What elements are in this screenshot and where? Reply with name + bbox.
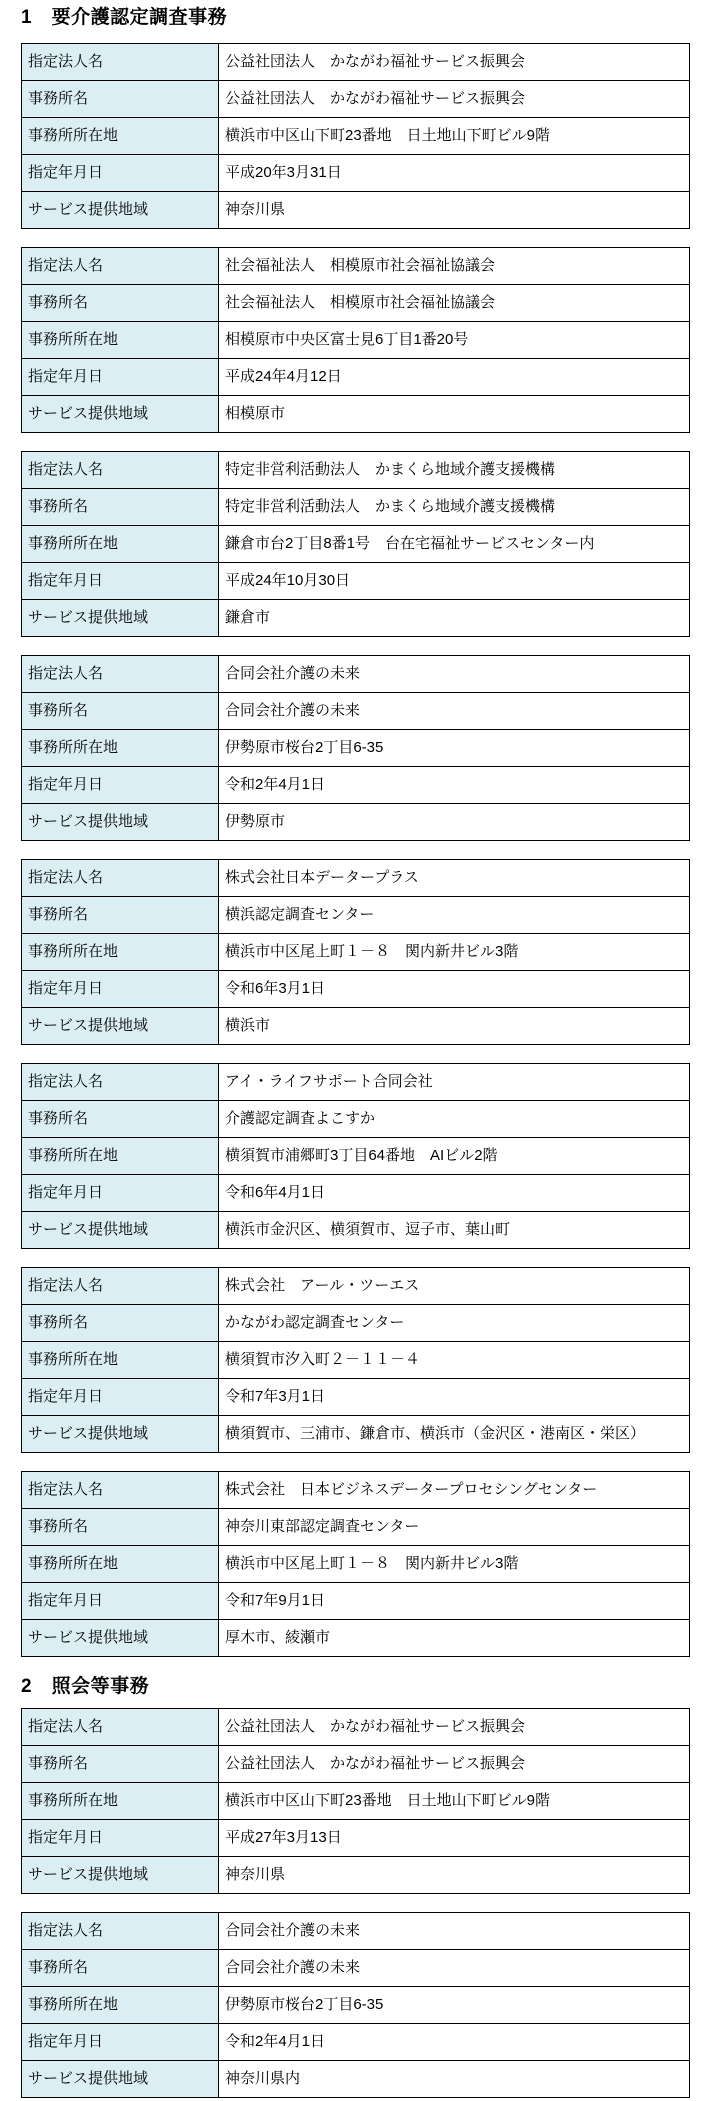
row-value: かながわ認定調査センター — [219, 1305, 690, 1342]
table-row: 指定法人名アイ・ライフサポート合同会社 — [22, 1064, 690, 1101]
table-row: サービス提供地域厚木市、綾瀬市 — [22, 1620, 690, 1657]
row-label: サービス提供地域 — [22, 1620, 219, 1657]
row-value: 公益社団法人 かながわ福祉サービス振興会 — [219, 1709, 690, 1746]
row-label: 事務所所在地 — [22, 730, 219, 767]
row-value: 横浜市中区山下町23番地 日土地山下町ビル9階 — [219, 118, 690, 155]
table-row: 事務所所在地鎌倉市台2丁目8番1号 台在宅福祉サービスセンター内 — [22, 526, 690, 563]
row-value: 公益社団法人 かながわ福祉サービス振興会 — [219, 1746, 690, 1783]
table-row: 事務所所在地相模原市中央区富士見6丁目1番20号 — [22, 322, 690, 359]
row-label: サービス提供地域 — [22, 1857, 219, 1894]
table-row: サービス提供地域神奈川県 — [22, 192, 690, 229]
row-label: 指定法人名 — [22, 1472, 219, 1509]
info-table-4: 指定法人名合同会社介護の未来 事務所名合同会社介護の未来 事務所所在地伊勢原市桜… — [21, 655, 690, 841]
row-label: サービス提供地域 — [22, 1416, 219, 1453]
row-label: 指定法人名 — [22, 248, 219, 285]
row-label: 事務所名 — [22, 897, 219, 934]
row-value: 令和7年9月1日 — [219, 1583, 690, 1620]
row-label: 事務所所在地 — [22, 1987, 219, 2024]
table-row: 事務所名合同会社介護の未来 — [22, 693, 690, 730]
table-row: 事務所所在地横須賀市浦郷町3丁目64番地 AIビル2階 — [22, 1138, 690, 1175]
row-label: 事務所名 — [22, 1101, 219, 1138]
row-label: 指定年月日 — [22, 1583, 219, 1620]
info-table-6: 指定法人名アイ・ライフサポート合同会社 事務所名介護認定調査よこすか 事務所所在… — [21, 1063, 690, 1249]
row-label: サービス提供地域 — [22, 804, 219, 841]
table-row: サービス提供地域鎌倉市 — [22, 600, 690, 637]
row-value: 公益社団法人 かながわ福祉サービス振興会 — [219, 81, 690, 118]
table-row: 事務所名社会福祉法人 相模原市社会福祉協議会 — [22, 285, 690, 322]
row-label: サービス提供地域 — [22, 2061, 219, 2098]
row-value: 令和6年4月1日 — [219, 1175, 690, 1212]
row-label: 事務所名 — [22, 489, 219, 526]
row-value: 相模原市中央区富士見6丁目1番20号 — [219, 322, 690, 359]
info-table-2: 指定法人名社会福祉法人 相模原市社会福祉協議会 事務所名社会福祉法人 相模原市社… — [21, 247, 690, 433]
row-value: 平成27年3月13日 — [219, 1820, 690, 1857]
table-row: サービス提供地域横須賀市、三浦市、鎌倉市、横浜市（金沢区・港南区・栄区） — [22, 1416, 690, 1453]
row-value: 伊勢原市 — [219, 804, 690, 841]
row-label: 事務所名 — [22, 1305, 219, 1342]
info-table-3: 指定法人名特定非営利活動法人 かまくら地域介護支援機構 事務所名特定非営利活動法… — [21, 451, 690, 637]
table-row: 指定法人名特定非営利活動法人 かまくら地域介護支援機構 — [22, 452, 690, 489]
table-row: サービス提供地域神奈川県内 — [22, 2061, 690, 2098]
row-label: サービス提供地域 — [22, 396, 219, 433]
row-label: 指定法人名 — [22, 452, 219, 489]
table-row: 指定年月日令和7年3月1日 — [22, 1379, 690, 1416]
row-value: 合同会社介護の未来 — [219, 1950, 690, 1987]
row-label: 指定法人名 — [22, 1709, 219, 1746]
row-value: 神奈川県内 — [219, 2061, 690, 2098]
row-value: 横須賀市、三浦市、鎌倉市、横浜市（金沢区・港南区・栄区） — [219, 1416, 690, 1453]
row-label: 指定法人名 — [22, 860, 219, 897]
table-row: 指定年月日令和6年4月1日 — [22, 1175, 690, 1212]
row-label: 事務所所在地 — [22, 1342, 219, 1379]
row-value: 横浜認定調査センター — [219, 897, 690, 934]
table-row: 指定年月日平成27年3月13日 — [22, 1820, 690, 1857]
row-label: 事務所所在地 — [22, 1546, 219, 1583]
table-row: 事務所名介護認定調査よこすか — [22, 1101, 690, 1138]
table-row: 指定法人名株式会社 日本ビジネスデータープロセシングセンター — [22, 1472, 690, 1509]
row-value: 特定非営利活動法人 かまくら地域介護支援機構 — [219, 489, 690, 526]
row-label: 指定年月日 — [22, 2024, 219, 2061]
row-label: 指定法人名 — [22, 44, 219, 81]
row-value: 社会福祉法人 相模原市社会福祉協議会 — [219, 285, 690, 322]
table-row: 事務所名公益社団法人 かながわ福祉サービス振興会 — [22, 1746, 690, 1783]
table-row: 事務所名公益社団法人 かながわ福祉サービス振興会 — [22, 81, 690, 118]
section-2-heading: 2 照会等事務 — [21, 1675, 690, 1699]
row-value: 令和2年4月1日 — [219, 767, 690, 804]
table-row: 指定法人名合同会社介護の未来 — [22, 656, 690, 693]
row-value: 合同会社介護の未来 — [219, 693, 690, 730]
row-label: 事務所所在地 — [22, 1783, 219, 1820]
table-row: 指定法人名合同会社介護の未来 — [22, 1913, 690, 1950]
table-row: 事務所所在地横浜市中区山下町23番地 日土地山下町ビル9階 — [22, 1783, 690, 1820]
table-row: 指定法人名株式会社日本データープラス — [22, 860, 690, 897]
row-value: 相模原市 — [219, 396, 690, 433]
table-row: 指定年月日令和6年3月1日 — [22, 971, 690, 1008]
row-label: 指定法人名 — [22, 1064, 219, 1101]
row-value: 横浜市金沢区、横須賀市、逗子市、葉山町 — [219, 1212, 690, 1249]
table-row: 指定法人名公益社団法人 かながわ福祉サービス振興会 — [22, 44, 690, 81]
row-value: アイ・ライフサポート合同会社 — [219, 1064, 690, 1101]
table-row: 事務所所在地横浜市中区尾上町１－８ 関内新井ビル3階 — [22, 1546, 690, 1583]
table-row: 指定年月日令和2年4月1日 — [22, 2024, 690, 2061]
row-value: 社会福祉法人 相模原市社会福祉協議会 — [219, 248, 690, 285]
row-label: 指定年月日 — [22, 1820, 219, 1857]
table-row: 事務所名神奈川東部認定調査センター — [22, 1509, 690, 1546]
table-row: 指定法人名公益社団法人 かながわ福祉サービス振興会 — [22, 1709, 690, 1746]
row-label: サービス提供地域 — [22, 600, 219, 637]
row-value: 伊勢原市桜台2丁目6-35 — [219, 1987, 690, 2024]
table-row: 事務所名特定非営利活動法人 かまくら地域介護支援機構 — [22, 489, 690, 526]
info-table-8: 指定法人名株式会社 日本ビジネスデータープロセシングセンター 事務所名神奈川東部… — [21, 1471, 690, 1657]
row-value: 横浜市中区山下町23番地 日土地山下町ビル9階 — [219, 1783, 690, 1820]
row-label: 事務所所在地 — [22, 934, 219, 971]
table-row: サービス提供地域伊勢原市 — [22, 804, 690, 841]
row-value: 伊勢原市桜台2丁目6-35 — [219, 730, 690, 767]
row-value: 鎌倉市台2丁目8番1号 台在宅福祉サービスセンター内 — [219, 526, 690, 563]
document-body: 1 要介護認定調査事務 指定法人名公益社団法人 かながわ福祉サービス振興会 事務… — [0, 0, 719, 2098]
table-row: 事務所名かながわ認定調査センター — [22, 1305, 690, 1342]
row-value: 横浜市中区尾上町１－８ 関内新井ビル3階 — [219, 1546, 690, 1583]
table-row: サービス提供地域神奈川県 — [22, 1857, 690, 1894]
row-value: 平成24年4月12日 — [219, 359, 690, 396]
row-value: 神奈川県 — [219, 192, 690, 229]
row-value: 株式会社日本データープラス — [219, 860, 690, 897]
row-value: 横須賀市浦郷町3丁目64番地 AIビル2階 — [219, 1138, 690, 1175]
row-value: 横浜市 — [219, 1008, 690, 1045]
info-table-5: 指定法人名株式会社日本データープラス 事務所名横浜認定調査センター 事務所所在地… — [21, 859, 690, 1045]
row-label: 事務所所在地 — [22, 526, 219, 563]
row-label: 事務所名 — [22, 693, 219, 730]
row-label: 指定法人名 — [22, 1913, 219, 1950]
row-value: 公益社団法人 かながわ福祉サービス振興会 — [219, 44, 690, 81]
row-value: 合同会社介護の未来 — [219, 656, 690, 693]
row-label: 事務所名 — [22, 81, 219, 118]
table-row: 指定年月日平成24年4月12日 — [22, 359, 690, 396]
row-label: 事務所名 — [22, 1950, 219, 1987]
row-value: 鎌倉市 — [219, 600, 690, 637]
table-row: 事務所所在地横浜市中区尾上町１－８ 関内新井ビル3階 — [22, 934, 690, 971]
section-1-heading: 1 要介護認定調査事務 — [21, 6, 690, 30]
row-value: 株式会社 アール・ツーエス — [219, 1268, 690, 1305]
row-label: 事務所所在地 — [22, 322, 219, 359]
table-row: 事務所所在地横須賀市汐入町２－１１－４ — [22, 1342, 690, 1379]
table-row: 事務所所在地伊勢原市桜台2丁目6-35 — [22, 1987, 690, 2024]
row-value: 横須賀市汐入町２－１１－４ — [219, 1342, 690, 1379]
row-value: 令和6年3月1日 — [219, 971, 690, 1008]
table-row: 事務所名合同会社介護の未来 — [22, 1950, 690, 1987]
row-label: 事務所名 — [22, 285, 219, 322]
row-value: 令和2年4月1日 — [219, 2024, 690, 2061]
row-label: 事務所名 — [22, 1509, 219, 1546]
row-label: 指定法人名 — [22, 1268, 219, 1305]
table-row: 事務所名横浜認定調査センター — [22, 897, 690, 934]
row-value: 合同会社介護の未来 — [219, 1913, 690, 1950]
row-value: 厚木市、綾瀬市 — [219, 1620, 690, 1657]
row-value: 神奈川東部認定調査センター — [219, 1509, 690, 1546]
row-value: 平成20年3月31日 — [219, 155, 690, 192]
table-row: 指定年月日平成24年10月30日 — [22, 563, 690, 600]
row-value: 介護認定調査よこすか — [219, 1101, 690, 1138]
row-label: 指定法人名 — [22, 656, 219, 693]
row-label: 指定年月日 — [22, 155, 219, 192]
row-value: 平成24年10月30日 — [219, 563, 690, 600]
row-label: 指定年月日 — [22, 563, 219, 600]
row-label: 指定年月日 — [22, 359, 219, 396]
table-row: サービス提供地域横浜市金沢区、横須賀市、逗子市、葉山町 — [22, 1212, 690, 1249]
info-table-7: 指定法人名株式会社 アール・ツーエス 事務所名かながわ認定調査センター 事務所所… — [21, 1267, 690, 1453]
row-label: サービス提供地域 — [22, 1212, 219, 1249]
table-row: 指定年月日令和7年9月1日 — [22, 1583, 690, 1620]
table-row: 指定法人名社会福祉法人 相模原市社会福祉協議会 — [22, 248, 690, 285]
info-table-9: 指定法人名公益社団法人 かながわ福祉サービス振興会 事務所名公益社団法人 かなが… — [21, 1708, 690, 1894]
row-value: 神奈川県 — [219, 1857, 690, 1894]
info-table-10: 指定法人名合同会社介護の未来 事務所名合同会社介護の未来 事務所所在地伊勢原市桜… — [21, 1912, 690, 2098]
table-row: サービス提供地域相模原市 — [22, 396, 690, 433]
row-value: 横浜市中区尾上町１－８ 関内新井ビル3階 — [219, 934, 690, 971]
row-label: 指定年月日 — [22, 971, 219, 1008]
table-row: 事務所所在地横浜市中区山下町23番地 日土地山下町ビル9階 — [22, 118, 690, 155]
row-value: 特定非営利活動法人 かまくら地域介護支援機構 — [219, 452, 690, 489]
row-label: 事務所名 — [22, 1746, 219, 1783]
info-table-1: 指定法人名公益社団法人 かながわ福祉サービス振興会 事務所名公益社団法人 かなが… — [21, 43, 690, 229]
row-label: サービス提供地域 — [22, 192, 219, 229]
row-value: 株式会社 日本ビジネスデータープロセシングセンター — [219, 1472, 690, 1509]
table-row: サービス提供地域横浜市 — [22, 1008, 690, 1045]
row-label: サービス提供地域 — [22, 1008, 219, 1045]
row-label: 指定年月日 — [22, 1175, 219, 1212]
table-row: 指定年月日平成20年3月31日 — [22, 155, 690, 192]
table-row: 指定法人名株式会社 アール・ツーエス — [22, 1268, 690, 1305]
row-label: 事務所所在地 — [22, 118, 219, 155]
row-label: 指定年月日 — [22, 767, 219, 804]
row-value: 令和7年3月1日 — [219, 1379, 690, 1416]
row-label: 事務所所在地 — [22, 1138, 219, 1175]
row-label: 指定年月日 — [22, 1379, 219, 1416]
table-row: 指定年月日令和2年4月1日 — [22, 767, 690, 804]
table-row: 事務所所在地伊勢原市桜台2丁目6-35 — [22, 730, 690, 767]
